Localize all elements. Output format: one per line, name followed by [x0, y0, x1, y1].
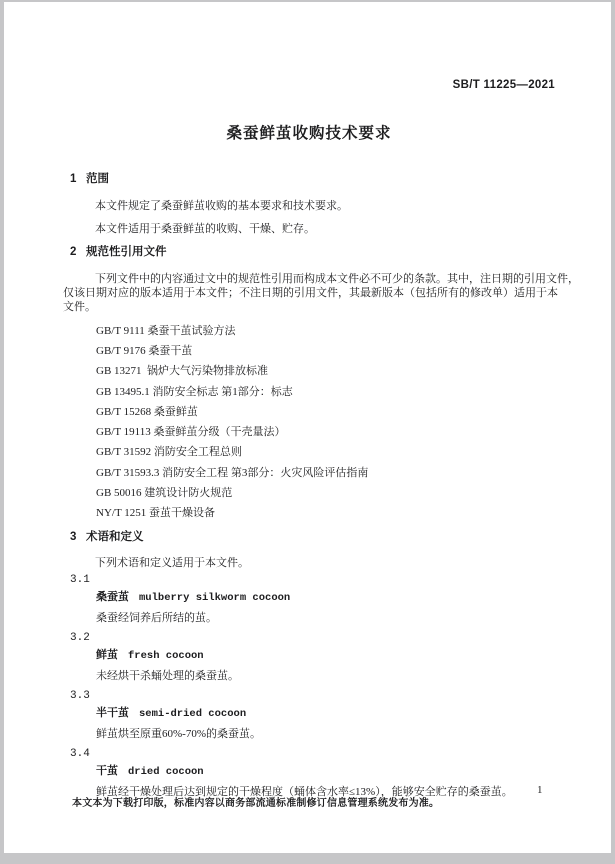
section-heading-normative-references: 2 规范性引用文件	[70, 245, 555, 259]
term-block: 3.4 干茧dried cocoon 鲜茧经干燥处理后达到规定的干燥程度（蛹体含…	[70, 748, 555, 799]
term-definition: 桑蚕经饲养后所结的茧。	[96, 611, 555, 625]
reference-item: GB/T 19113 桑蚕鲜茧分级（干壳量法）	[96, 422, 555, 442]
paragraph-line: 下列文件中的内容通过文中的规范性引用而构成本文件必不可少的条款。其中，注日期的引…	[63, 272, 555, 286]
page-number: 1	[537, 784, 543, 796]
term-zh: 干茧	[96, 765, 118, 777]
term-en: mulberry silkworm cocoon	[139, 592, 290, 604]
reference-item: GB 50016 建筑设计防火规范	[96, 483, 555, 503]
section-number: 1	[70, 172, 86, 186]
term-zh: 半干茧	[96, 707, 129, 719]
term-number: 3.4	[70, 748, 555, 761]
page-content: SB/T 11225—2021 桑蚕鲜茧收购技术要求 1 范围 本文件规定了桑蚕…	[63, 2, 555, 799]
reference-list: GB/T 9111 桑蚕干茧试验方法 GB/T 9176 桑蚕干茧 GB 132…	[96, 321, 555, 524]
reference-item: GB/T 31592 消防安全工程总则	[96, 442, 555, 462]
reference-item: GB/T 31593.3 消防安全工程 第3部分：火灾风险评估指南	[96, 463, 555, 483]
term-title: 半干茧semi-dried cocoon	[96, 705, 555, 721]
paragraph: 本文件规定了桑蚕鲜茧收购的基本要求和技术要求。	[95, 199, 555, 213]
footer-note: 本文本为下载打印版，标准内容以商务部流通标准制修订信息管理系统发布为准。	[72, 797, 439, 810]
term-number: 3.3	[70, 690, 555, 703]
reference-item: GB/T 15268 桑蚕鲜茧	[96, 402, 555, 422]
term-block: 3.2 鲜茧fresh cocoon 未经烘干杀蛹处理的桑蚕茧。	[70, 632, 555, 683]
term-en: semi-dried cocoon	[139, 708, 246, 720]
reference-item: GB 13271 锅炉大气污染物排放标准	[96, 361, 555, 381]
section-number: 3	[70, 530, 86, 544]
section-number: 2	[70, 245, 86, 259]
reference-item: GB/T 9111 桑蚕干茧试验方法	[96, 321, 555, 341]
term-zh: 桑蚕茧	[96, 591, 129, 603]
reference-item: NY/T 1251 蚕茧干燥设备	[96, 503, 555, 523]
term-number: 3.1	[70, 574, 555, 587]
document-page: SB/T 11225—2021 桑蚕鲜茧收购技术要求 1 范围 本文件规定了桑蚕…	[4, 2, 611, 853]
term-title: 干茧dried cocoon	[96, 763, 555, 779]
section-heading-label: 规范性引用文件	[86, 245, 167, 259]
term-definition: 未经烘干杀蛹处理的桑蚕茧。	[96, 669, 555, 683]
term-zh: 鲜茧	[96, 649, 118, 661]
terms-intro: 下列术语和定义适用于本文件。	[95, 556, 555, 570]
term-definition: 鲜茧烘至原重60%-70%的桑蚕茧。	[96, 727, 555, 741]
reference-item: GB 13495.1 消防安全标志 第1部分：标志	[96, 382, 555, 402]
term-title: 鲜茧fresh cocoon	[96, 647, 555, 663]
document-title: 桑蚕鲜茧收购技术要求	[63, 123, 555, 144]
reference-item: GB/T 9176 桑蚕干茧	[96, 341, 555, 361]
term-en: fresh cocoon	[128, 650, 204, 662]
term-en: dried cocoon	[128, 766, 204, 778]
section-heading-label: 范围	[86, 172, 109, 186]
term-block: 3.3 半干茧semi-dried cocoon 鲜茧烘至原重60%-70%的桑…	[70, 690, 555, 741]
paragraph-line: 文件。	[63, 300, 555, 314]
document-viewer: SB/T 11225—2021 桑蚕鲜茧收购技术要求 1 范围 本文件规定了桑蚕…	[0, 0, 615, 864]
section-heading-label: 术语和定义	[86, 530, 144, 544]
paragraph-line: 仅该日期对应的版本适用于本文件；不注日期的引用文件，其最新版本（包括所有的修改单…	[63, 286, 555, 300]
term-number: 3.2	[70, 632, 555, 645]
term-title: 桑蚕茧mulberry silkworm cocoon	[96, 589, 555, 605]
normative-references-intro: 下列文件中的内容通过文中的规范性引用而构成本文件必不可少的条款。其中，注日期的引…	[63, 272, 555, 315]
standard-number: SB/T 11225—2021	[63, 78, 555, 92]
paragraph: 本文件适用于桑蚕鲜茧的收购、干燥、贮存。	[95, 222, 555, 236]
section-heading-scope: 1 范围	[70, 172, 555, 186]
term-block: 3.1 桑蚕茧mulberry silkworm cocoon 桑蚕经饲养后所结…	[70, 574, 555, 625]
section-heading-terms-definitions: 3 术语和定义	[70, 530, 555, 544]
